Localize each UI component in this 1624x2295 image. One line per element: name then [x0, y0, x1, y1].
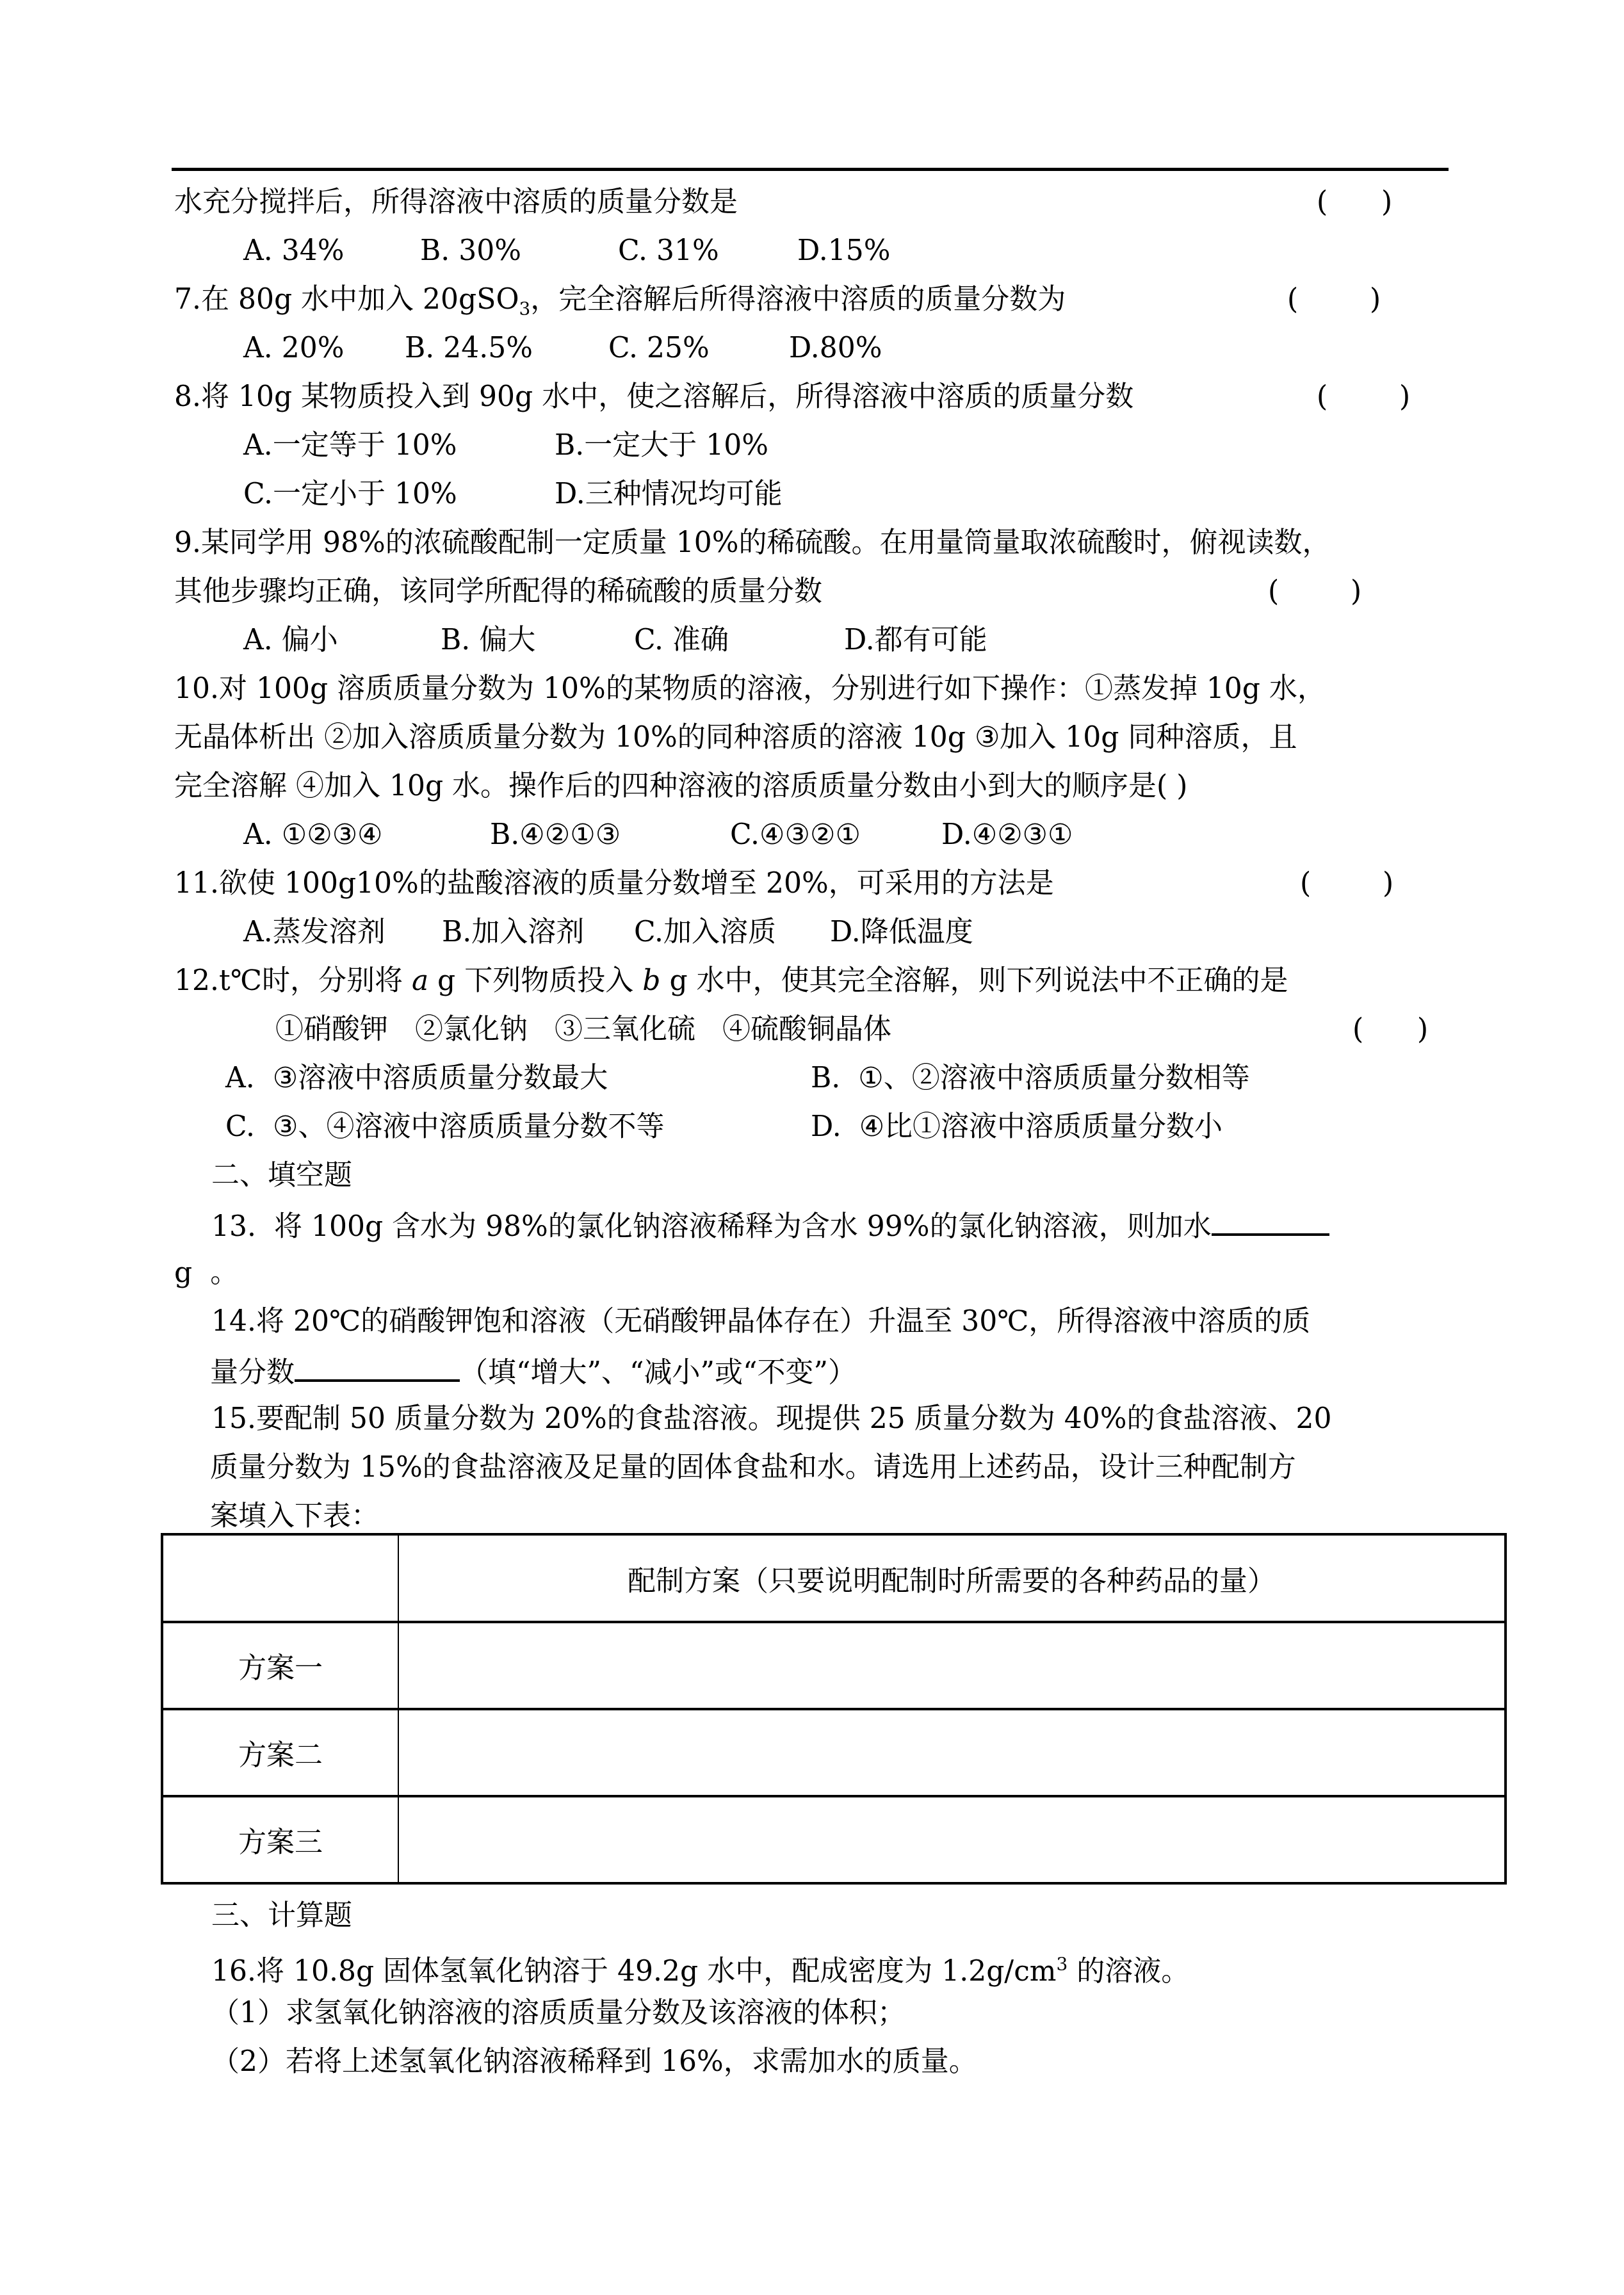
q6-option-c: C. 31% [618, 232, 719, 270]
q11-option-a: A.蒸发溶剂 [243, 913, 386, 952]
q6-option-a: A. 34% [243, 232, 345, 270]
q14-text-line1: 14.将 20℃的硝酸钾饱和溶液（无硝酸钾晶体存在）升温至 30℃，所得溶液中溶… [211, 1302, 1310, 1341]
q8-option-b: B.一定大于 10% [555, 426, 768, 465]
plan-row-answer-cell[interactable] [398, 1796, 1506, 1883]
q14-answer-blank[interactable] [295, 1351, 460, 1382]
q16-text-pre: 16.将 10.8g 固体氢氧化钠溶于 49.2g 水中，配成密度为 1.2g/… [211, 1955, 1057, 1988]
q9-text-line1: 9.某同学用 98%的浓硫酸配制一定质量 10%的稀硫酸。在用量筒量取浓硫酸时，… [174, 524, 1331, 562]
q7-answer-paren: ( ) [1287, 280, 1381, 319]
q9-option-c: C. 准确 [634, 621, 729, 660]
plan-table-row: 方案三 [162, 1796, 1506, 1883]
q12-text-post: g 水中，使其完全溶解，则下列说法中不正确的是 [660, 964, 1288, 997]
plan-table-header-title: 配制方案（只要说明配制时所需要的各种药品的量） [398, 1534, 1506, 1622]
plan-table: 配制方案（只要说明配制时所需要的各种药品的量） 方案一 方案二 方案三 [161, 1533, 1507, 1885]
q12-option-d: D. ④比①溶液中溶质质量分数小 [811, 1108, 1222, 1146]
q16-subquestion-1: （1）求氢氧化钠溶液的溶质质量分数及该溶液的体积； [211, 1994, 905, 2032]
q13-text-body: 13. 将 100g 含水为 98%的氯化钠溶液稀释为含水 99%的氯化钠溶液，… [211, 1210, 1212, 1243]
q15-text-line2: 质量分数为 15%的食盐溶液及足量的固体食盐和水。请选用上述药品，设计三种配制方 [210, 1448, 1296, 1487]
q9-option-b: B. 偏大 [441, 621, 535, 660]
q10-option-d: D.④②③① [941, 816, 1073, 854]
q13-answer-blank[interactable] [1212, 1205, 1329, 1236]
q9-text-line2: 其他步骤均正确，该同学所配得的稀硫酸的质量分数 [174, 572, 822, 611]
q10-option-a: A. ①②③④ [243, 816, 383, 854]
q7-text: 7.在 80g 水中加入 20gSO3，完全溶解后所得溶液中溶质的质量分数为 [174, 280, 1066, 328]
q13-unit: g 。 [174, 1254, 238, 1292]
q12-text: 12.t℃时，分别将 a g 下列物质投入 b g 水中，使其完全溶解，则下列说… [174, 962, 1288, 1000]
q9-answer-paren: ( ) [1268, 572, 1361, 611]
q15-text-line3: 案填入下表： [210, 1497, 379, 1536]
q7-text-post: ，完全溶解后所得溶液中溶质的质量分数为 [530, 283, 1066, 316]
plan-table-header-row: 配制方案（只要说明配制时所需要的各种药品的量） [162, 1534, 1506, 1622]
q13-text: 13. 将 100g 含水为 98%的氯化钠溶液稀释为含水 99%的氯化钠溶液，… [211, 1205, 1329, 1246]
q11-answer-paren: ( ) [1300, 864, 1393, 903]
q12-var-b: b [642, 964, 660, 997]
q9-option-a: A. 偏小 [243, 621, 338, 660]
q6-answer-paren: ( ) [1317, 183, 1392, 222]
q10-option-c: C.④③②① [730, 816, 861, 854]
q6-option-d: D.15% [797, 232, 891, 270]
q16-superscript: 3 [1057, 1954, 1068, 1975]
plan-row-answer-cell[interactable] [398, 1709, 1506, 1796]
plan-row-label: 方案三 [162, 1796, 398, 1883]
q11-text: 11.欲使 100g10%的盐酸溶液的质量分数增至 20%，可采用的方法是 [174, 864, 1054, 903]
q10-text-line2: 无晶体析出 ②加入溶质质量分数为 10%的同种溶质的溶液 10g ③加入 10g… [174, 718, 1297, 757]
q8-text: 8.将 10g 某物质投入到 90g 水中，使之溶解后，所得溶液中溶质的质量分数 [174, 378, 1133, 416]
q9-option-d: D.都有可能 [844, 621, 987, 660]
q6-option-b: B. 30% [420, 232, 521, 270]
q16-subquestion-2: （2）若将上述氢氧化钠溶液稀释到 16%，求需加水的质量。 [211, 2043, 977, 2081]
section-2-title: 二、填空题 [211, 1156, 352, 1195]
q7-text-pre: 7.在 80g 水中加入 20gSO [174, 283, 519, 316]
q8-option-d: D.三种情况均可能 [555, 475, 783, 514]
header-rule [172, 168, 1449, 171]
q14-text-pre: 量分数 [210, 1356, 295, 1389]
q8-answer-paren: ( ) [1317, 378, 1410, 416]
q15-text-line1: 15.要配制 50 质量分数为 20%的食盐溶液。现提供 25 质量分数为 40… [211, 1400, 1331, 1438]
q7-option-b: B. 24.5% [405, 329, 533, 368]
q11-option-c: C.加入溶质 [634, 913, 776, 952]
plan-table-row: 方案二 [162, 1709, 1506, 1796]
q12-option-a: A. ③溶液中溶质质量分数最大 [225, 1059, 608, 1098]
q14-text-post: （填“增大”、“减小”或“不变”） [460, 1356, 856, 1389]
section-3-title: 三、计算题 [211, 1897, 352, 1935]
q8-option-c: C.一定小于 10% [243, 475, 457, 514]
q16-text-post: 的溶液。 [1068, 1955, 1189, 1988]
q10-option-b: B.④②①③ [490, 816, 621, 854]
q12-var-a: a [412, 964, 428, 997]
plan-row-answer-cell[interactable] [398, 1622, 1506, 1709]
q10-text-line3: 完全溶解 ④加入 10g 水。操作后的四种溶液的溶质质量分数由小到大的顺序是( … [174, 767, 1187, 806]
plan-row-label: 方案二 [162, 1709, 398, 1796]
q16-text: 16.将 10.8g 固体氢氧化钠溶于 49.2g 水中，配成密度为 1.2g/… [211, 1945, 1189, 1991]
q7-option-c: C. 25% [608, 329, 710, 368]
q12-option-c: C. ③、④溶液中溶质质量分数不等 [225, 1108, 665, 1146]
q11-option-b: B.加入溶剂 [442, 913, 584, 952]
q8-option-a: A.一定等于 10% [243, 426, 457, 465]
plan-table-header-corner [162, 1534, 398, 1622]
q12-substances: ①硝酸钾 ②氯化钠 ③三氧化硫 ④硫酸铜晶体 [275, 1010, 891, 1049]
q12-text-mid: g 下列物质投入 [428, 964, 642, 997]
q6-text: 水充分搅拌后，所得溶液中溶质的质量分数是 [174, 183, 738, 222]
q7-subscript: 3 [519, 298, 530, 320]
q12-text-pre: 12.t℃时，分别将 [174, 964, 412, 997]
q7-option-d: D.80% [789, 329, 882, 368]
q12-answer-paren: ( ) [1352, 1010, 1428, 1049]
q12-option-b: B. ①、②溶液中溶质质量分数相等 [811, 1059, 1250, 1098]
q14-text-line2: 量分数（填“增大”、“减小”或“不变”） [210, 1351, 856, 1392]
q7-option-a: A. 20% [243, 329, 345, 368]
q10-text-line1: 10.对 100g 溶质质量分数为 10%的某物质的溶液，分别进行如下操作：①蒸… [174, 670, 1326, 708]
plan-table-row: 方案一 [162, 1622, 1506, 1709]
q11-option-d: D.降低温度 [830, 913, 973, 952]
plan-row-label: 方案一 [162, 1622, 398, 1709]
